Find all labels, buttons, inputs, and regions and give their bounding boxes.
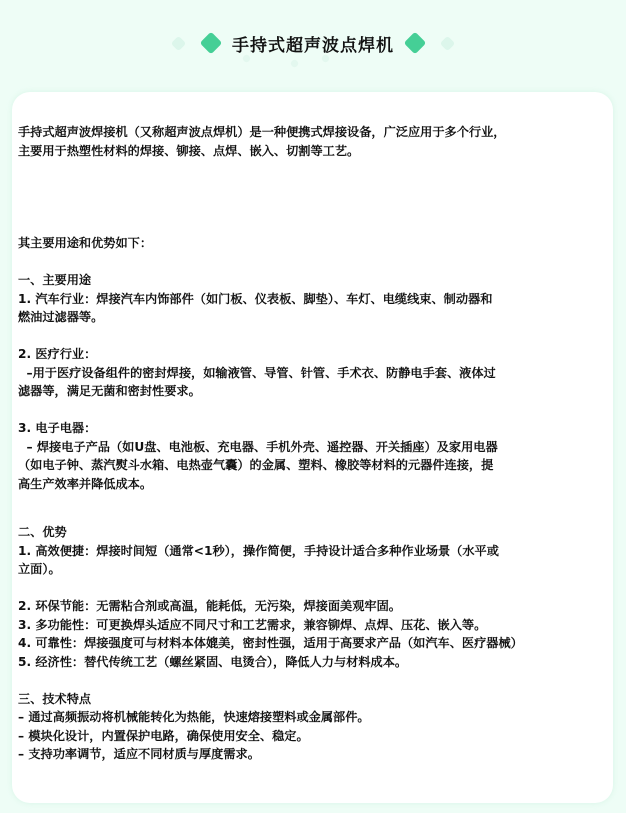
uses-item-electronics-line: 高生产效率并降低成本。 <box>18 475 612 494</box>
advantage-item: 4. 可靠性：焊接强度可与材料本体媲美，密封性强，适用于高要求产品（如汽车、医疗… <box>18 634 612 653</box>
uses-item-electronics-line: 3. 电子电器： <box>18 419 612 438</box>
tech-feature-item: – 支持功率调节，适应不同材质与厚度需求。 <box>18 745 612 764</box>
section-heading-tech: 三、技术特点 <box>18 690 612 709</box>
uses-item-auto-line: 1. 汽车行业：焊接汽车内饰部件（如门板、仪表板、脚垫）、车灯、电缆线束、制动器… <box>18 290 612 309</box>
intro-line: 主要用于热塑性材料的焊接、铆接、点焊、嵌入、切割等工艺。 <box>18 142 612 161</box>
article-body: 手持式超声波焊接机（又称超声波点焊机）是一种便携式焊接设备，广泛应用于多个行业，… <box>18 123 612 764</box>
lead-text: 其主要用途和优势如下： <box>18 234 612 253</box>
uses-item-electronics-line: – 焊接电子产品（如U盘、电池板、充电器、手机外壳、遥控器、开关插座）及家用电器 <box>18 438 612 457</box>
uses-item-auto-line: 燃油过滤器等。 <box>18 308 612 327</box>
intro-line: 手持式超声波焊接机（又称超声波点焊机）是一种便携式焊接设备，广泛应用于多个行业， <box>18 123 612 142</box>
advantage-item: 2. 环保节能：无需粘合剂或高温，能耗低，无污染，焊接面美观牢固。 <box>18 597 612 616</box>
advantage-item: 3. 多功能性：可更换焊头适应不同尺寸和工艺需求，兼容铆焊、点焊、压花、嵌入等。 <box>18 616 612 635</box>
advantage-item-line: 1. 高效便捷：焊接时间短（通常<1秒），操作简便，手持设计适合多种作业场景（水… <box>18 542 612 561</box>
header-banner: 手持式超声波点焊机 <box>0 0 626 90</box>
decorative-diamond-icon <box>290 59 300 69</box>
uses-item-electronics-line: （如电子钟、蒸汽熨斗水箱、电热壶气囊）的金属、塑料、橡胶等材料的元器件连接，提 <box>18 456 612 475</box>
content-card: 手持式超声波焊接机（又称超声波点焊机）是一种便携式焊接设备，广泛应用于多个行业，… <box>12 92 613 803</box>
uses-item-medical-line: –用于医疗设备组件的密封焊接，如输液管、导管、针管、手术衣、防静电手套、液体过 <box>18 364 612 383</box>
tech-feature-item: – 通过高频振动将机械能转化为热能，快速熔接塑料或金属部件。 <box>18 708 612 727</box>
advantage-item-line: 立面）。 <box>18 560 612 579</box>
section-heading-uses: 一、主要用途 <box>18 271 612 290</box>
section-heading-advantages: 二、优势 <box>18 523 612 542</box>
page-title: 手持式超声波点焊机 <box>0 31 626 56</box>
uses-item-medical-line: 2. 医疗行业： <box>18 345 612 364</box>
tech-feature-item: – 模块化设计，内置保护电路，确保使用安全、稳定。 <box>18 727 612 746</box>
uses-item-medical-line: 滤器等，满足无菌和密封性要求。 <box>18 382 612 401</box>
advantage-item: 5. 经济性：替代传统工艺（螺丝紧固、电烫合），降低人力与材料成本。 <box>18 653 612 672</box>
